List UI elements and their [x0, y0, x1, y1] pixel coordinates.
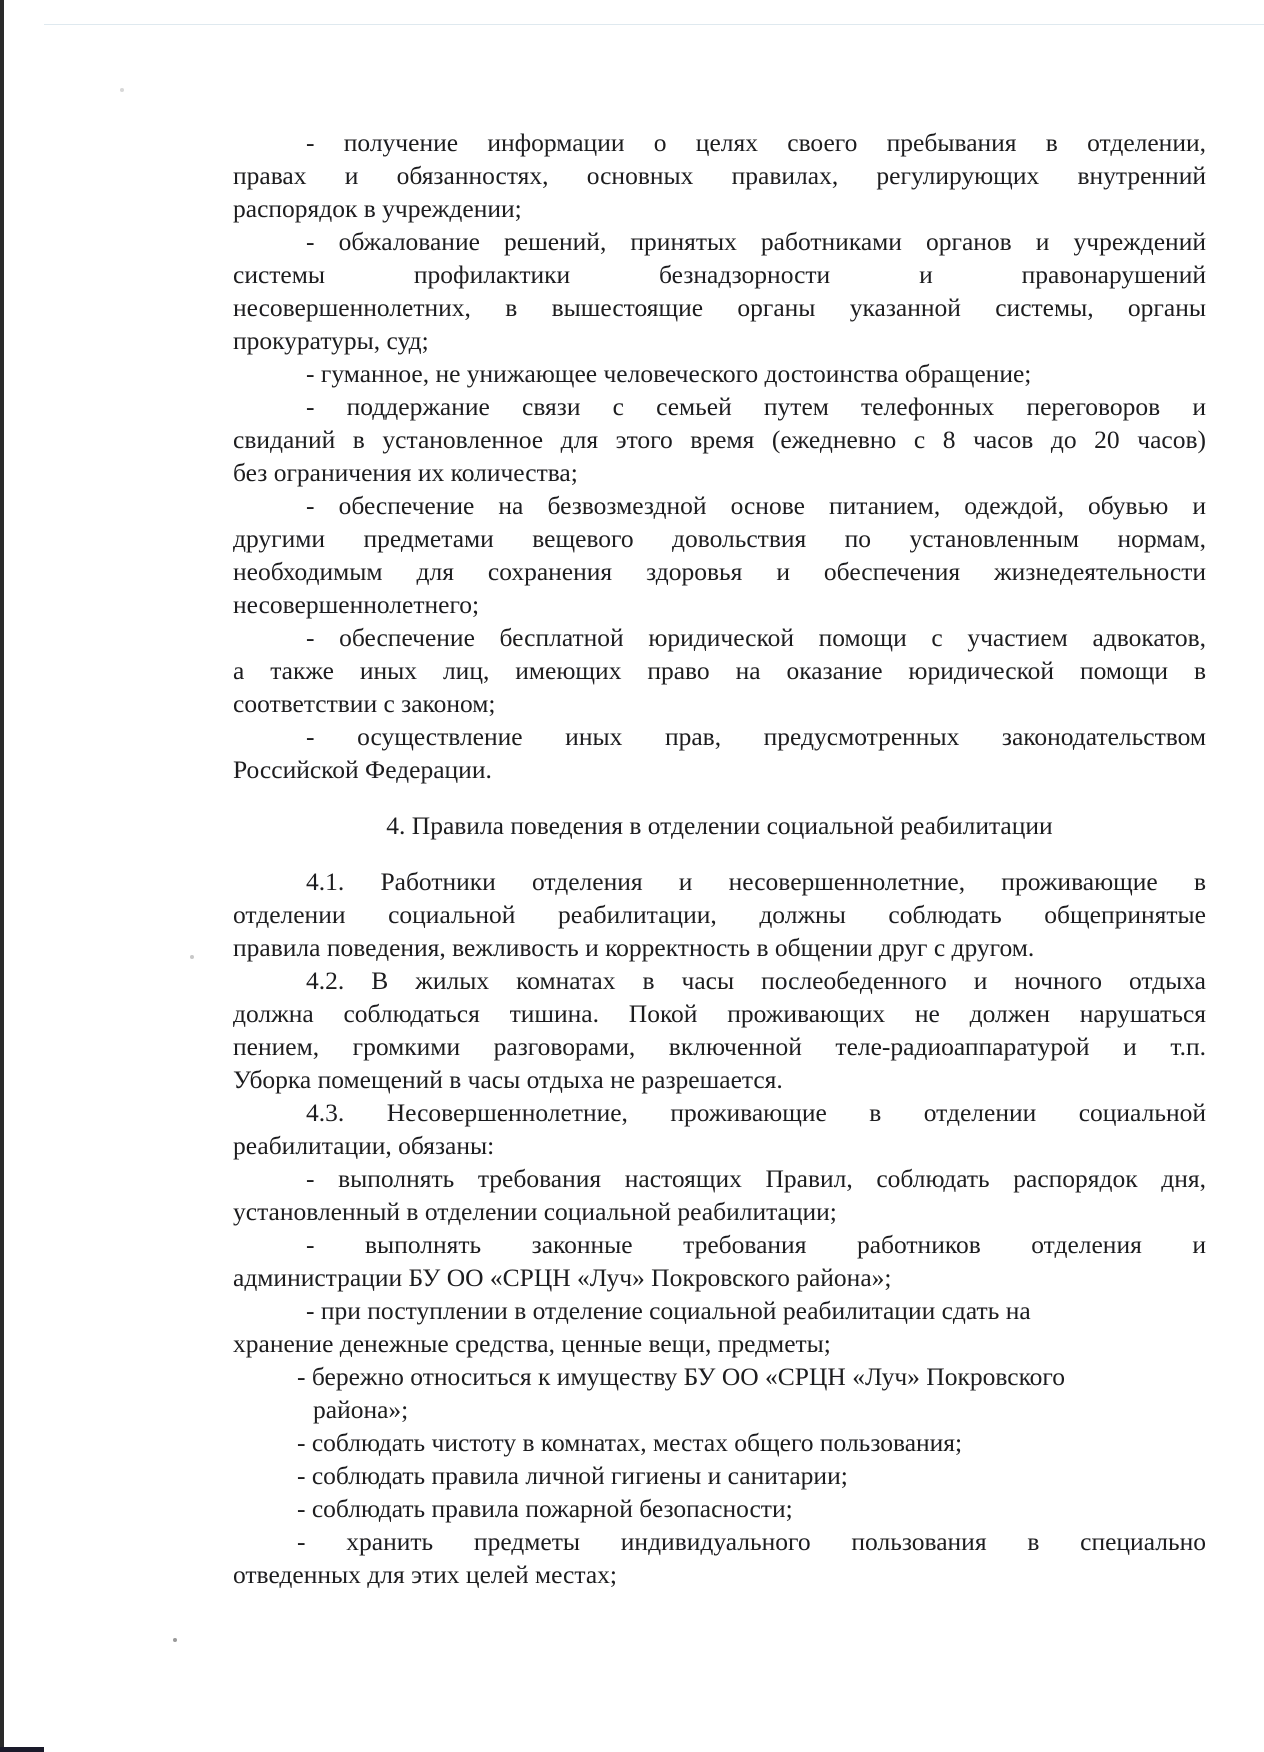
text-line: соответствии с законом;	[233, 687, 1206, 720]
rights-list: - получение информации о целях своего пр…	[233, 126, 1206, 786]
text-line: без ограничения их количества;	[233, 456, 1206, 489]
text-line: - получение информации о целях своего пр…	[233, 126, 1206, 159]
scan-bottom-mark	[0, 1747, 44, 1752]
scan-speck	[173, 1638, 177, 1642]
text-line: реабилитации, обязаны:	[233, 1129, 1206, 1162]
text-line: администрации БУ ОО «СРЦН «Луч» Покровск…	[233, 1261, 1206, 1294]
text-line: системы профилактики безнадзорности и пр…	[233, 258, 1206, 291]
text-line: - выполнять требования настоящих Правил,…	[233, 1162, 1206, 1195]
text-line: - соблюдать правила личной гигиены и сан…	[233, 1459, 1206, 1492]
text-line: Уборка помещений в часы отдыха не разреш…	[233, 1063, 1206, 1096]
scan-top-rule	[44, 24, 1264, 25]
text-line: района»;	[233, 1393, 1206, 1426]
text-line: 4.3. Несовершеннолетние, проживающие в о…	[233, 1096, 1206, 1129]
text-line: - выполнять законные требования работник…	[233, 1228, 1206, 1261]
text-line: распорядок в учреждении;	[233, 192, 1206, 225]
text-line: - обжалование решений, принятых работник…	[233, 225, 1206, 258]
text-line: несовершеннолетних, в вышестоящие органы…	[233, 291, 1206, 324]
text-line: другими предметами вещевого довольствия …	[233, 522, 1206, 555]
text-line: - обеспечение на безвозмездной основе пи…	[233, 489, 1206, 522]
text-line: - поддержание связи с семьей путем телеф…	[233, 390, 1206, 423]
text-line: прокуратуры, суд;	[233, 324, 1206, 357]
text-line: - хранить предметы индивидуального польз…	[233, 1525, 1206, 1558]
section-heading: 4. Правила поведения в отделении социаль…	[233, 809, 1206, 842]
text-line: должна соблюдаться тишина. Покой прожива…	[233, 997, 1206, 1030]
text-line: - бережно относиться к имуществу БУ ОО «…	[233, 1360, 1206, 1393]
text-line: свиданий в установленное для этого время…	[233, 423, 1206, 456]
text-line: - соблюдать чистоту в комнатах, местах о…	[233, 1426, 1206, 1459]
text-line: правах и обязанностях, основных правилах…	[233, 159, 1206, 192]
text-line: - гуманное, не унижающее человеческого д…	[233, 357, 1206, 390]
text-line: - соблюдать правила пожарной безопасност…	[233, 1492, 1206, 1525]
text-line: пением, громкими разговорами, включенной…	[233, 1030, 1206, 1063]
text-line: 4.1. Работники отделения и несовершеннол…	[233, 865, 1206, 898]
behavior-rules: 4.1. Работники отделения и несовершеннол…	[233, 865, 1206, 1591]
text-line: установленный в отделении социальной реа…	[233, 1195, 1206, 1228]
text-line: правила поведения, вежливость и корректн…	[233, 931, 1206, 964]
document-page: - получение информации о целях своего пр…	[233, 126, 1206, 1591]
text-line: - обеспечение бесплатной юридической пом…	[233, 621, 1206, 654]
text-line: Российской Федерации.	[233, 753, 1206, 786]
text-line: отделении социальной реабилитации, должн…	[233, 898, 1206, 931]
text-line: а также иных лиц, имеющих право на оказа…	[233, 654, 1206, 687]
text-line: - при поступлении в отделение социальной…	[233, 1294, 1206, 1327]
text-line: 4.2. В жилых комнатах в часы послеобеден…	[233, 964, 1206, 997]
scan-speck	[190, 955, 194, 959]
text-line: необходимым для сохранения здоровья и об…	[233, 555, 1206, 588]
scan-left-edge	[0, 0, 4, 1752]
text-line: несовершеннолетнего;	[233, 588, 1206, 621]
text-line: - осуществление иных прав, предусмотренн…	[233, 720, 1206, 753]
text-line: отведенных для этих целей местах;	[233, 1558, 1206, 1591]
text-line: хранение денежные средства, ценные вещи,…	[233, 1327, 1206, 1360]
scan-speck	[120, 88, 124, 92]
